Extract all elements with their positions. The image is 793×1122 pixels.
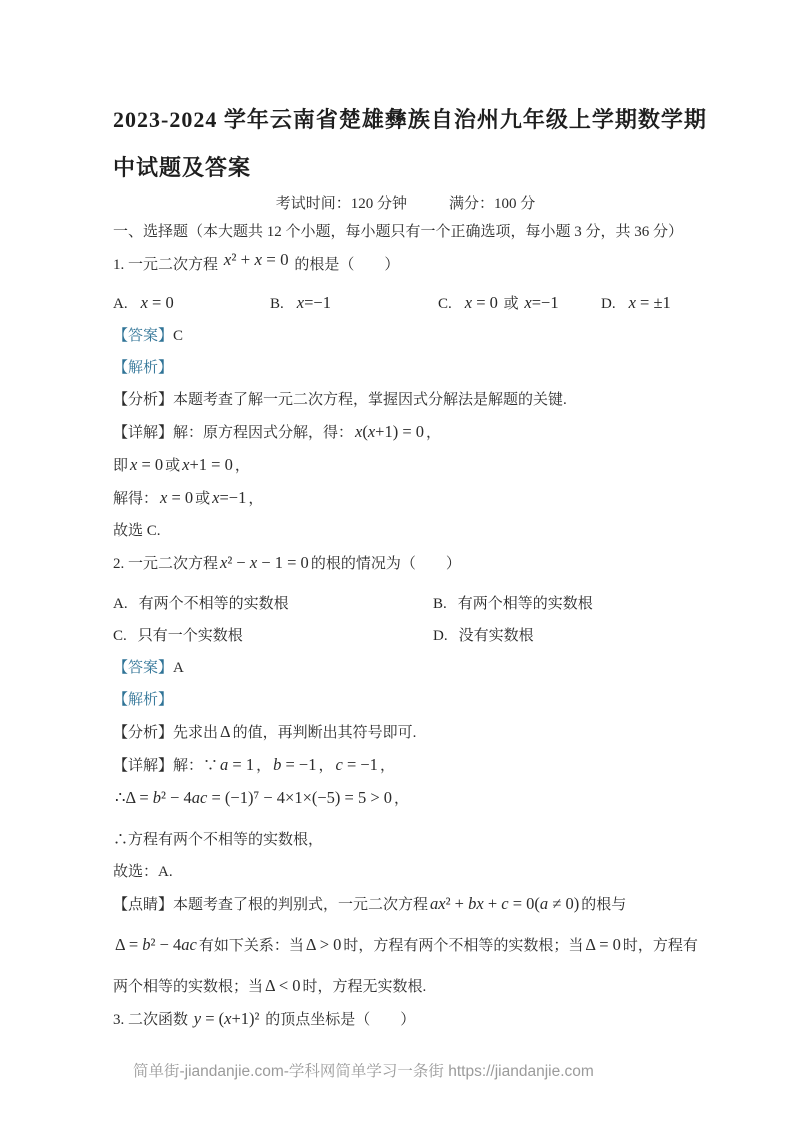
math-run: ∴Δ = b² − 4ac = (−1)⁷ − 4×1×(−5) = 5 > 0 (113, 788, 394, 807)
math-run: Δ = 0 (583, 935, 623, 954)
option-label: B. (433, 596, 447, 612)
math-run: x² − x − 1 = 0 (218, 553, 311, 572)
text-run: 时，方程有 (623, 938, 698, 954)
question-1-stem: 1. 一元二次方程 x² + x = 0 的根是（ ） (113, 252, 698, 277)
math-run: x=−1 (295, 293, 333, 312)
question-2-options-row1: A.有两个不相等的实数根B.有两个相等的实数根 (113, 592, 698, 616)
text-run: 2. 一元二次方程 (113, 556, 218, 572)
math-run: c = −1 (333, 755, 379, 774)
question-3-stem: 3. 二次函数 y = (x+1)² 的顶点坐标是（ ） (113, 1007, 698, 1032)
math-run: ax² + bx + c = 0(a ≠ 0) (428, 894, 581, 913)
exam-meta: 考试时间：120 分钟满分：100 分 (113, 194, 698, 214)
text-run: 的值，再判断出其符号即可. (233, 725, 417, 741)
math-run: x = ±1 (627, 293, 673, 312)
text-run: 两个相等的实数根；当 (113, 979, 263, 995)
text-run: ， (380, 758, 395, 774)
text-run: 即 (113, 458, 128, 474)
document-content: 2023-2024 学年云南省楚雄彝族自治州九年级上学期数学期 中试题及答案 考… (113, 96, 698, 1040)
text-run: ， (248, 491, 263, 507)
text-run: 有两个相等的实数根 (458, 596, 593, 612)
text-run: 【详解】解：原方程因式分解，得： (113, 425, 353, 441)
document-title-line1: 2023-2024 学年云南省楚雄彝族自治州九年级上学期数学期 (113, 96, 698, 144)
document-title: 2023-2024 学年云南省楚雄彝族自治州九年级上学期数学期 中试题及答案 (113, 96, 698, 192)
text-run: 【详解】解：∵ (113, 758, 218, 774)
option-c: C.x = 0 或 x=−1 (438, 291, 601, 316)
option-label: B. (270, 296, 284, 312)
option-label: C. (113, 628, 127, 644)
text-run: 一、选择题（本大题共 12 个小题，每小题只有一个正确选项，每小题 3 分，共 … (113, 224, 683, 240)
detail-2-formula: ∴Δ = b² − 4ac = (−1)⁷ − 4×1×(−5) = 5 > 0… (113, 786, 698, 811)
math-run: x=−1 (210, 488, 248, 507)
document-body: 一、选择题（本大题共 12 个小题，每小题只有一个正确选项，每小题 3 分，共 … (113, 220, 698, 1032)
math-run: x = 0 (158, 488, 195, 507)
text-run: ∴方程有两个不相等的实数根， (113, 832, 323, 848)
text-run: 【分析】先求出 (113, 725, 218, 741)
option-d: D.没有实数根 (433, 624, 534, 648)
bracket-label: 【解析】 (113, 692, 173, 708)
tip-2-line1: 【点睛】本题考查了根的判别式，一元二次方程ax² + bx + c = 0(a … (113, 892, 698, 917)
analysis-1: 【分析】本题考查了解一元二次方程，掌握因式分解法是解题的关键. (113, 388, 698, 412)
footer-site-text: 简单街-jiandanjie.com-学科网简单学习一条街 (133, 1063, 448, 1080)
question-2-options-row2: C.只有一个实数根D.没有实数根 (113, 624, 698, 648)
conclusion-1: 故选 C. (113, 519, 698, 543)
detail-1-step3: 解得：x = 0或x=−1， (113, 486, 698, 511)
text-run: 故选：A. (113, 864, 173, 880)
option-b: B.有两个相等的实数根 (433, 592, 593, 616)
math-run: x² + x = 0 (222, 250, 291, 269)
math-run: Δ < 0 (263, 976, 303, 995)
question-2-stem: 2. 一元二次方程x² − x − 1 = 0的根的情况为（ ） (113, 551, 698, 576)
text-run: 的根与 (581, 897, 626, 913)
math-run: y = (x+1)² (192, 1009, 262, 1028)
text-run: 有两个不相等的实数根 (139, 596, 289, 612)
detail-1: 【详解】解：原方程因式分解，得：x(x+1) = 0， (113, 420, 698, 445)
analysis-label-1: 【解析】 (113, 356, 698, 380)
option-a: A.x = 0 (113, 291, 270, 316)
math-run: x = 0 (463, 293, 500, 312)
math-run: a = 1 (218, 755, 256, 774)
text-run: 3. 二次函数 (113, 1012, 192, 1028)
text-run: A (173, 660, 184, 676)
footer-site-link[interactable]: https://jiandanjie.com (448, 1063, 594, 1080)
text-run: 或 (165, 458, 180, 474)
math-run: x = 0 (128, 455, 165, 474)
text-run: 或 (500, 296, 523, 312)
detail-1-step2: 即x = 0或x+1 = 0， (113, 453, 698, 478)
option-label: A. (113, 296, 128, 312)
document-title-line2: 中试题及答案 (113, 144, 698, 192)
text-run: 时，方程无实数根. (303, 979, 427, 995)
question-1-options: A.x = 0B.x=−1C.x = 0 或 x=−1D.x = ±1 (113, 291, 698, 316)
option-label: D. (433, 628, 448, 644)
math-run: Δ (218, 722, 233, 741)
text-run: 【分析】本题考查了解一元二次方程，掌握因式分解法是解题的关键. (113, 392, 567, 408)
text-run: ， (235, 458, 250, 474)
tip-2-line3: 两个相等的实数根；当Δ < 0时，方程无实数根. (113, 974, 698, 999)
math-run: x=−1 (522, 293, 560, 312)
text-run: 的顶点坐标是（ ） (261, 1012, 415, 1028)
section-header: 一、选择题（本大题共 12 个小题，每小题只有一个正确选项，每小题 3 分，共 … (113, 220, 698, 244)
option-a: A.有两个不相等的实数根 (113, 592, 433, 616)
text-run: ， (394, 791, 409, 807)
exam-time: 考试时间：120 分钟 (276, 196, 407, 212)
text-run: 的根的情况为（ ） (311, 556, 461, 572)
exam-full-score: 满分：100 分 (449, 196, 535, 212)
text-run: ， (318, 758, 333, 774)
text-run: ， (256, 758, 271, 774)
bracket-label: 【解析】 (113, 360, 173, 376)
detail-2: 【详解】解：∵a = 1，b = −1，c = −1， (113, 753, 698, 778)
option-d: D.x = ±1 (601, 291, 673, 316)
detail-2-conclusion: ∴方程有两个不相等的实数根， (113, 828, 698, 852)
bracket-label: 【答案】 (113, 328, 173, 344)
option-label: A. (113, 596, 128, 612)
math-run: Δ > 0 (304, 935, 344, 954)
page-footer: 简单街-jiandanjie.com-学科网简单学习一条街 https://ji… (133, 1060, 594, 1084)
text-run: 没有实数根 (459, 628, 534, 644)
text-run: 只有一个实数根 (138, 628, 243, 644)
text-run: 的根是（ ） (291, 257, 400, 273)
math-run: Δ = b² − 4ac (113, 935, 199, 954)
text-run: 时，方程有两个不相等的实数根；当 (343, 938, 583, 954)
analysis-2: 【分析】先求出Δ的值，再判断出其符号即可. (113, 720, 698, 745)
answer-2: 【答案】A (113, 656, 698, 680)
tip-2-line2: Δ = b² − 4ac有如下关系：当Δ > 0时，方程有两个不相等的实数根；当… (113, 933, 698, 958)
option-label: D. (601, 296, 616, 312)
text-run: 1. 一元二次方程 (113, 257, 222, 273)
exam-document-page: 2023-2024 学年云南省楚雄彝族自治州九年级上学期数学期 中试题及答案 考… (0, 0, 793, 1122)
text-run: 故选 C. (113, 523, 161, 539)
option-label: C. (438, 296, 452, 312)
analysis-label-2: 【解析】 (113, 688, 698, 712)
math-run: x(x+1) = 0 (353, 422, 426, 441)
conclusion-2: 故选：A. (113, 860, 698, 884)
text-run: 有如下关系：当 (199, 938, 304, 954)
math-run: x = 0 (139, 293, 176, 312)
math-run: x+1 = 0 (180, 455, 235, 474)
text-run: 【点睛】本题考查了根的判别式，一元二次方程 (113, 897, 428, 913)
option-c: C.只有一个实数根 (113, 624, 433, 648)
text-run: 解得： (113, 491, 158, 507)
bracket-label: 【答案】 (113, 660, 173, 676)
option-b: B.x=−1 (270, 291, 438, 316)
text-run: 或 (195, 491, 210, 507)
answer-1: 【答案】C (113, 324, 698, 348)
text-run: ， (426, 425, 441, 441)
text-run: C (173, 328, 183, 344)
math-run: b = −1 (271, 755, 318, 774)
